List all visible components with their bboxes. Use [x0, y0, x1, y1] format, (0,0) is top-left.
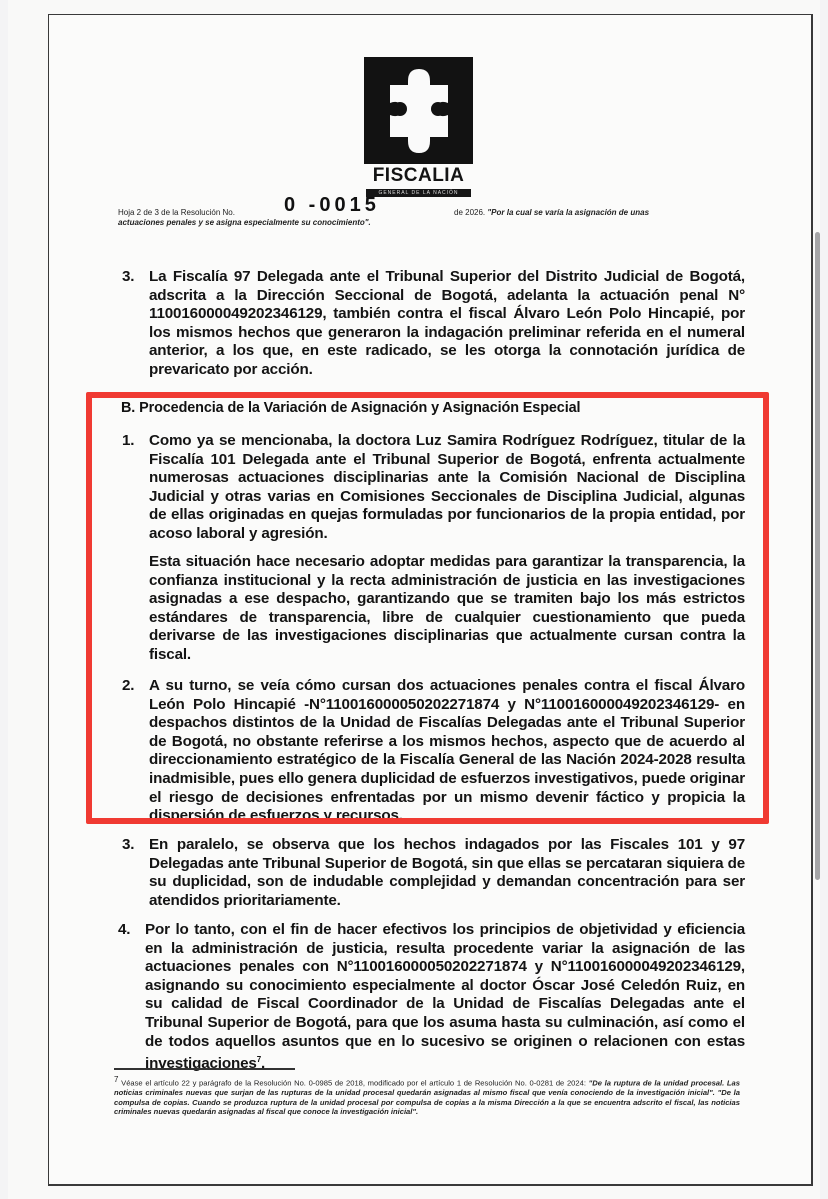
footnote-ref: 7 — [257, 1055, 261, 1064]
resolution-title-line1: de 2026. "Por la cual se varía la asigna… — [454, 208, 734, 218]
fiscalia-logo: FISCALIA GENERAL DE LA NACIÓN — [364, 57, 473, 200]
footnote-divider — [114, 1068, 295, 1070]
list-item: 3. La Fiscalía 97 Delegada ante el Tribu… — [149, 268, 745, 380]
item-number: 3. — [122, 836, 134, 855]
resolution-number: 0 -0015 — [284, 200, 380, 210]
footnote-intro: Véase el artículo 22 y parágrafo de la R… — [121, 1079, 586, 1088]
document-viewer: FISCALIA GENERAL DE LA NACIÓN Hoja 2 de … — [0, 0, 828, 1199]
page-info: Hoja 2 de 3 de la Resolución No. — [118, 208, 235, 218]
item-text: La Fiscalía 97 Delegada ante el Tribunal… — [149, 268, 745, 378]
list-item: 4. Por lo tanto, con el fin de hacer efe… — [145, 921, 745, 1074]
list-item: 3. En paralelo, se observa que los hecho… — [149, 836, 745, 910]
item-text: En paralelo, se observa que los hechos i… — [149, 836, 745, 909]
logo-emblem — [364, 57, 473, 164]
item-number: 4. — [118, 921, 130, 940]
item-text: Por lo tanto, con el fin de hacer efecti… — [145, 921, 745, 1072]
logo-subtitle: GENERAL DE LA NACIÓN — [366, 189, 471, 197]
red-highlight-annotation — [86, 392, 769, 824]
resolution-title-line2: actuaciones penales y se asigna especial… — [118, 218, 371, 228]
footnote: 7 Véase el artículo 22 y parágrafo de la… — [114, 1075, 740, 1117]
vertical-scrollbar[interactable] — [815, 232, 820, 880]
logo-wordmark: FISCALIA — [364, 165, 473, 187]
footnote-marker: 7 — [114, 1075, 118, 1084]
item-number: 3. — [122, 268, 134, 287]
puzzle-piece-icon — [386, 67, 452, 155]
